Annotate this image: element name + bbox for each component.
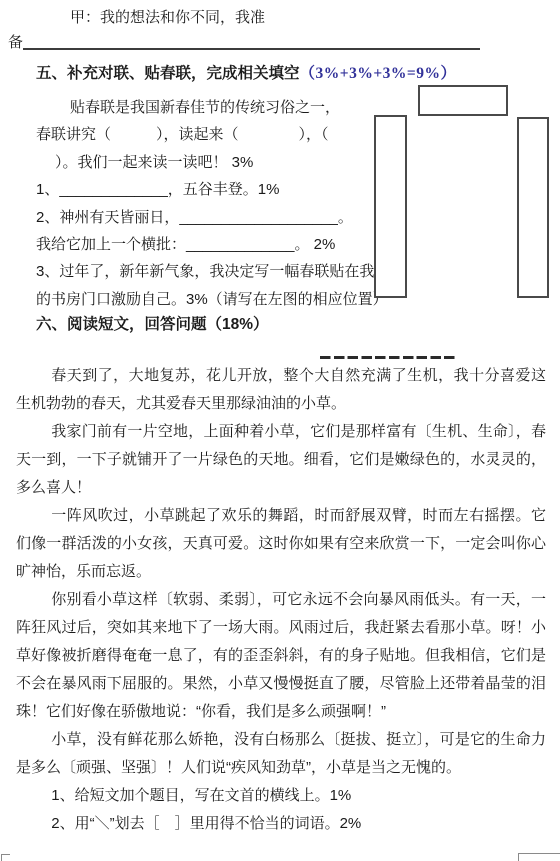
section5-score-formula: （3%+3%+3%=9%） [300,65,457,82]
couplet-box-vertical-left[interactable] [374,115,407,298]
section5-line: 贴春联是我国新春佳节的传统习俗之一， [36,94,388,121]
section5-body: 贴春联是我国新春佳节的传统习俗之一， 春联讲究（ ），读起来（ ），（ ）。我们… [36,88,388,313]
section5-item-2: 2、神州有天皆丽日，___________________。 [36,204,388,231]
passage-paragraph-4: 你别看小草这样〔软弱、柔弱〕，可它永远不会向暴风雨低头。有一天，一阵狂风过后，突… [16,586,546,726]
partial-box-corner-bottom-right [518,853,560,861]
passage-paragraph-2: 我家门前有一片空地，上面种着小草，它们是那样富有〔生机、生命〕，春天一到，一下子… [16,418,546,502]
section5-line: 春联讲究（ ），读起来（ ），（ [36,121,388,148]
section5-heading: 五、补充对联、贴春联，完成相关填空（3%+3%+3%=9%） [36,61,457,83]
section5-item-3-continued: 的书房门口激励自己。3%（请写在左图的相应位置） [36,286,388,313]
fill-in-answer-line: 备 [8,31,480,52]
ruled-blank-line[interactable] [23,48,480,50]
couplet-box-vertical-right[interactable] [517,117,549,298]
question-1: 1、给短文加个题目，写在文首的横线上。1% [16,782,546,810]
section5-item-1: 1、_____________，五谷丰登。1% [36,176,388,203]
section5-heading-text: 五、补充对联、贴春联，完成相关填空 [36,65,300,82]
section5-line: ）。我们一起来读一读吧！ 3% [36,149,388,176]
reading-passage: 春天到了，大地复苏，花儿开放，整个大自然充满了生机，我十分喜爱这生机勃勃的春天，… [16,362,546,838]
couplet-box-horizontal-banner[interactable] [418,85,508,116]
fill-in-prefix: 备 [8,31,23,52]
worksheet-page: 甲：我的想法和你不同，我准 备 五、补充对联、贴春联，完成相关填空（3%+3%+… [0,0,560,861]
partial-box-corner-bottom-left [1,854,10,861]
section6-heading: 六、阅读短文，回答问题（18%） [36,312,269,334]
section5-item-2-banner-blank: 我给它加上一个横批：_____________。 2% [36,231,388,258]
passage-paragraph-1: 春天到了，大地复苏，花儿开放，整个大自然充满了生机，我十分喜爱这生机勃勃的春天，… [16,362,546,418]
essay-title-dashed-blank[interactable] [320,356,456,359]
passage-paragraph-3: 一阵风吹过，小草跳起了欢乐的舞蹈，时而舒展双臂，时而左右摇摆。它们像一群活泼的小… [16,502,546,586]
section5-item-3: 3、过年了，新年新气象，我决定写一幅春联贴在我 [36,258,388,285]
passage-paragraph-5: 小草，没有鲜花那么娇艳，没有白杨那么〔挺拔、挺立〕，可是它的生命力是多么〔顽强、… [16,726,546,782]
dialog-line-jia: 甲：我的想法和你不同，我准 [70,6,265,27]
question-2: 2、用“＼”划去［ ］里用得不恰当的词语。2% [16,810,546,838]
